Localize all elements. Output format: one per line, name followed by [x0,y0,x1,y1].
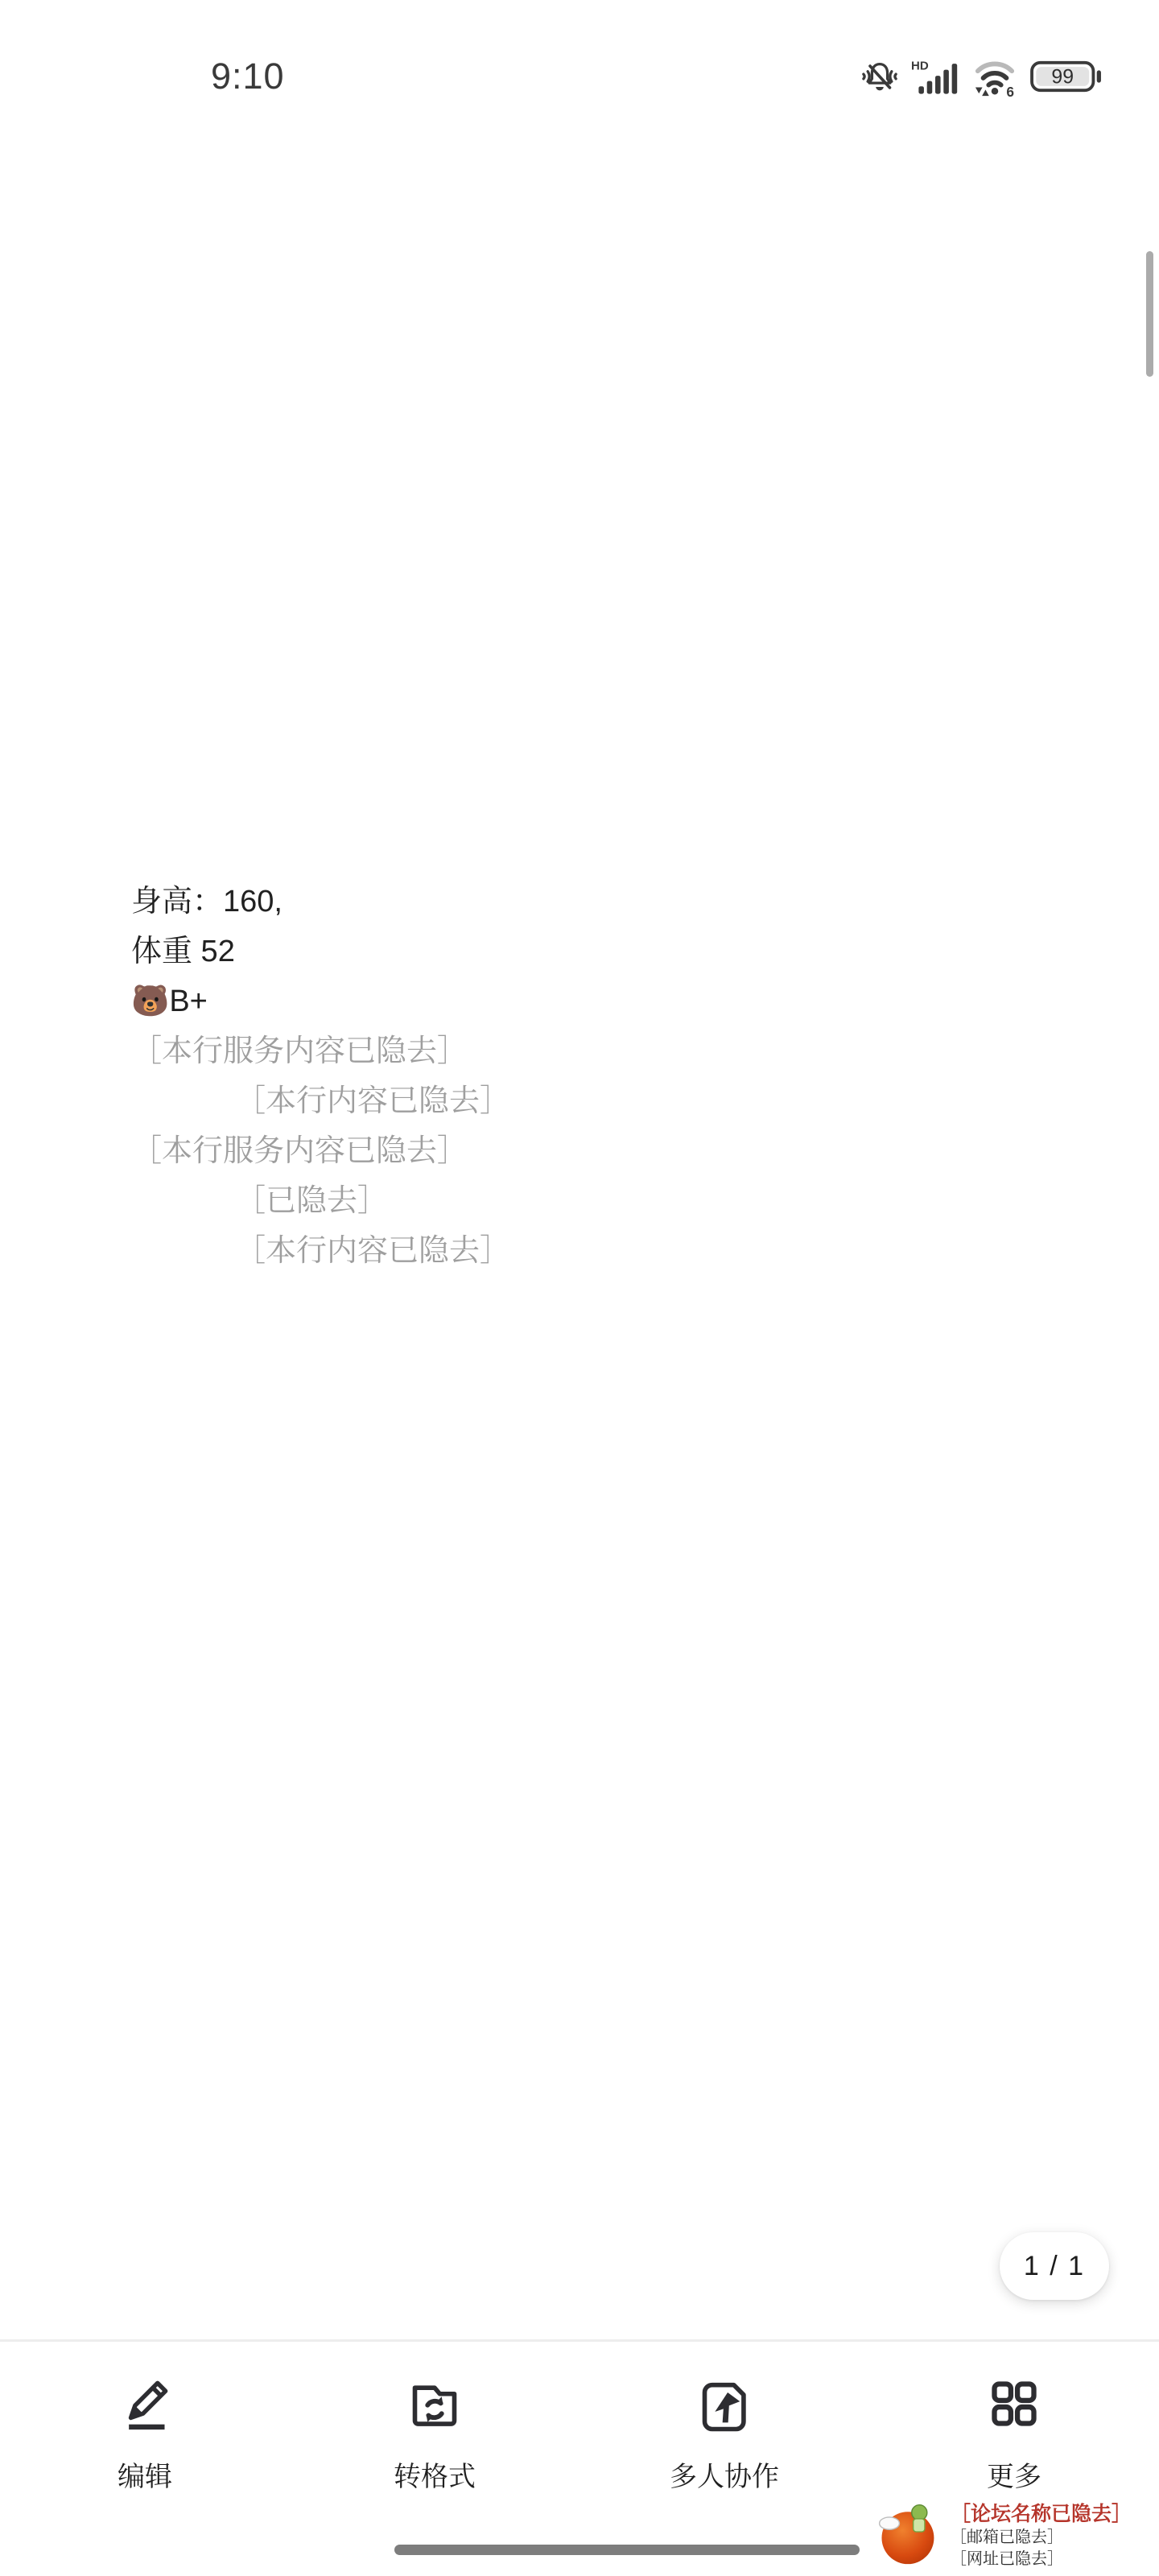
status-bar: 9:10 HD [0,0,1159,121]
home-indicator[interactable] [394,2545,860,2555]
doc-line-redacted: ［本行服务内容已隐去］ [131,1126,1111,1176]
doc-line-redacted: ［本行服务内容已隐去］ [131,1026,1111,1076]
grid-more-icon [986,2376,1042,2432]
page-indicator[interactable]: 1 / 1 [1000,2232,1109,2300]
watermark-url: ［网址已隐去］ [951,2549,1132,2570]
doc-line-redacted: ［本行内容已隐去］ [131,1076,1111,1126]
hd-label: HD [911,60,929,73]
doc-line-redacted: ［已隐去］ [131,1176,1111,1226]
pencil-icon [117,2376,173,2432]
wifi6-icon: 6 [972,56,1017,97]
doc-line: 🐻B+ [131,976,1111,1026]
battery-icon: 99 [1030,60,1103,93]
toolbar-edit-button[interactable]: 编辑 [0,2342,290,2576]
status-icons: HD 6 [861,54,1103,99]
mute-icon [861,58,898,95]
toolbar-collaborate-label: 多人协作 [670,2461,779,2493]
clock: 9:10 [211,56,285,97]
toolbar-more-label: 更多 [987,2461,1041,2493]
watermark-email: ［邮箱已隐去］ [951,2527,1132,2549]
forum-watermark-redacted: ［论坛名称已隐去］ ［邮箱已隐去］ ［网址已隐去］ [873,2500,1132,2571]
doc-line: 身高：160, [131,877,1111,927]
toolbar-edit-label: 编辑 [118,2461,172,2493]
scrollbar-thumb[interactable] [1146,251,1153,377]
folder-convert-icon [406,2376,463,2432]
battery-level: 99 [1051,67,1074,89]
share-document-icon [696,2376,753,2432]
watermark-text: ［论坛名称已隐去］ ［邮箱已隐去］ ［网址已隐去］ [951,2501,1132,2570]
hd-signal-icon: HD [911,58,959,95]
document-view[interactable]: 身高：160, 体重 52 🐻B+ ［本行服务内容已隐去］ ［本行内容已隐去］ … [0,250,1159,2339]
wifi6-label: 6 [1006,84,1014,97]
toolbar-convert-format-label: 转格式 [394,2461,476,2493]
watermark-title: ［论坛名称已隐去］ [951,2501,1132,2527]
forum-logo-icon [873,2500,941,2571]
header: 文字.docx [0,121,1159,246]
toolbar-collaborate-button[interactable]: 多人协作 [579,2342,869,2576]
doc-line: 体重 52 [131,927,1111,976]
document-text: 身高：160, 体重 52 🐻B+ ［本行服务内容已隐去］ ［本行内容已隐去］ … [131,877,1111,1276]
toolbar-convert-format-button[interactable]: 转格式 [290,2342,579,2576]
screen: 9:10 HD [0,0,1159,2576]
doc-line-redacted: ［本行内容已隐去］ [131,1226,1111,1276]
